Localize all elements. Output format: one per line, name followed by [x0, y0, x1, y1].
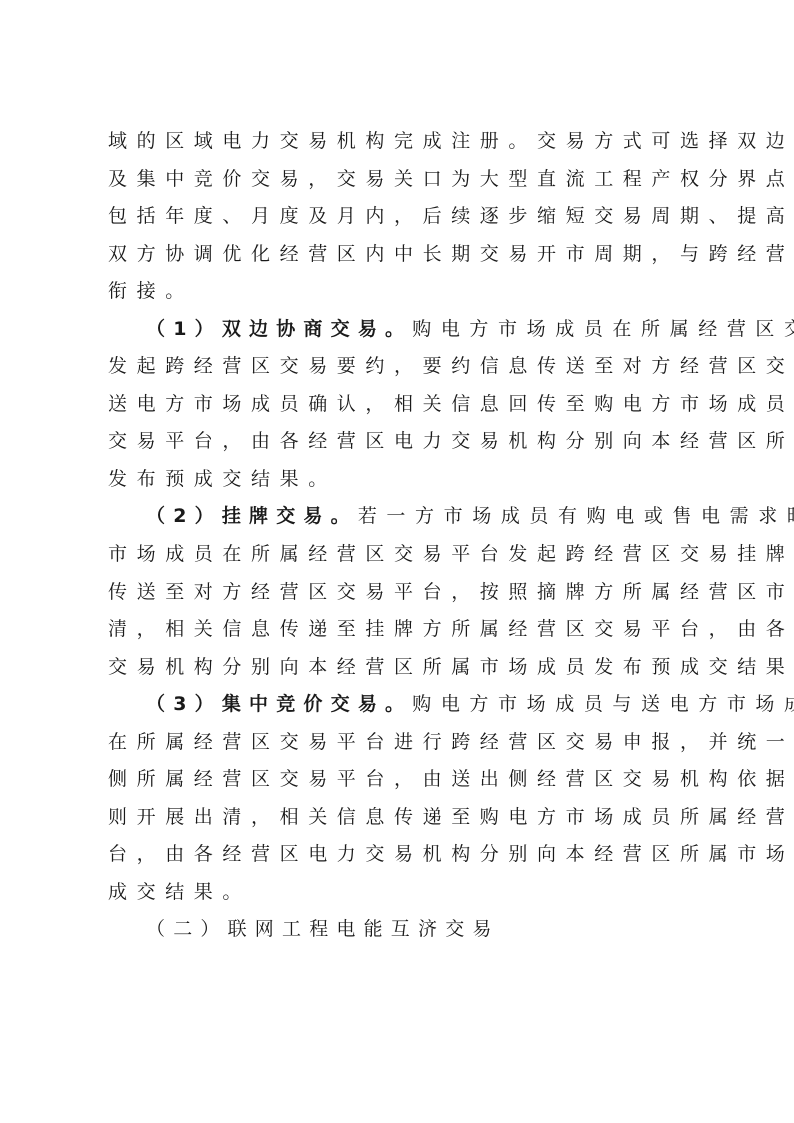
text-line: 成交结果。 [108, 874, 688, 912]
text-line: 台，由各经营区电力交易机构分别向本经营区所属市场成员发布预 [108, 836, 688, 874]
text-line: 域的区域电力交易机构完成注册。交易方式可选择双边协商、挂牌 [108, 123, 688, 161]
text-line: 包括年度、月度及月内，后续逐步缩短交易周期、提高交易频次。 [108, 198, 688, 236]
item-title: （2）挂牌交易。 [146, 505, 358, 527]
text-line: 双方协调优化经营区内中长期交易开市周期，与跨经营区交易有序 [108, 236, 688, 274]
text-line: 衔接。 [108, 273, 688, 311]
text-line: 发起跨经营区交易要约，要约信息传送至对方经营区交易平台，由 [108, 348, 688, 386]
item-first-line: （2）挂牌交易。若一方市场成员有购电或售电需求时，由该 [108, 498, 688, 536]
item-centralized-bidding: （3）集中竞价交易。购电方市场成员与送电方市场成员分别 在所属经营区交易平台进行… [108, 686, 688, 911]
text-line: 传送至对方经营区交易平台，按照摘牌方所属经营区市场规则出 [108, 574, 688, 612]
document-page: 域的区域电力交易机构完成注册。交易方式可选择双边协商、挂牌 及集中竞价交易，交易… [108, 123, 688, 949]
text-line: 交易平台，由各经营区电力交易机构分别向本经营区所属市场成员 [108, 423, 688, 461]
text-line: 在所属经营区交易平台进行跨经营区交易申报，并统一推送至送出 [108, 724, 688, 762]
item-text: 若一方市场成员有购电或售电需求时，由该 [358, 505, 794, 527]
text-line: 则开展出清，相关信息传递至购电方市场成员所属经营区交易平 [108, 799, 688, 837]
item-text: 购电方市场成员与送电方市场成员分别 [412, 693, 794, 715]
item-first-line: （3）集中竞价交易。购电方市场成员与送电方市场成员分别 [108, 686, 688, 724]
text-line: 侧所属经营区交易平台，由送出侧经营区交易机构依据本侧市场规 [108, 761, 688, 799]
text-line: 清，相关信息传递至挂牌方所属经营区交易平台，由各经营区电力 [108, 611, 688, 649]
text-line: 交易机构分别向本经营区所属市场成员发布预成交结果。 [108, 649, 688, 687]
item-text: 购电方市场成员在所属经营区交易平台 [412, 318, 794, 340]
text-line: 送电方市场成员确认，相关信息回传至购电方市场成员所属经营区 [108, 386, 688, 424]
item-first-line: （1）双边协商交易。购电方市场成员在所属经营区交易平台 [108, 311, 688, 349]
text-line: 市场成员在所属经营区交易平台发起跨经营区交易挂牌，挂牌信息 [108, 536, 688, 574]
paragraph-intro: 域的区域电力交易机构完成注册。交易方式可选择双边协商、挂牌 及集中竞价交易，交易… [108, 123, 688, 311]
text-line: 发布预成交结果。 [108, 461, 688, 499]
item-title: （3）集中竞价交易。 [146, 693, 412, 715]
item-listing-trading: （2）挂牌交易。若一方市场成员有购电或售电需求时，由该 市场成员在所属经营区交易… [108, 498, 688, 686]
item-title: （1）双边协商交易。 [146, 318, 412, 340]
text-line: 及集中竞价交易，交易关口为大型直流工程产权分界点。交易周期 [108, 161, 688, 199]
section-heading: （二）联网工程电能互济交易 [108, 911, 688, 949]
item-bilateral-negotiation: （1）双边协商交易。购电方市场成员在所属经营区交易平台 发起跨经营区交易要约，要… [108, 311, 688, 499]
